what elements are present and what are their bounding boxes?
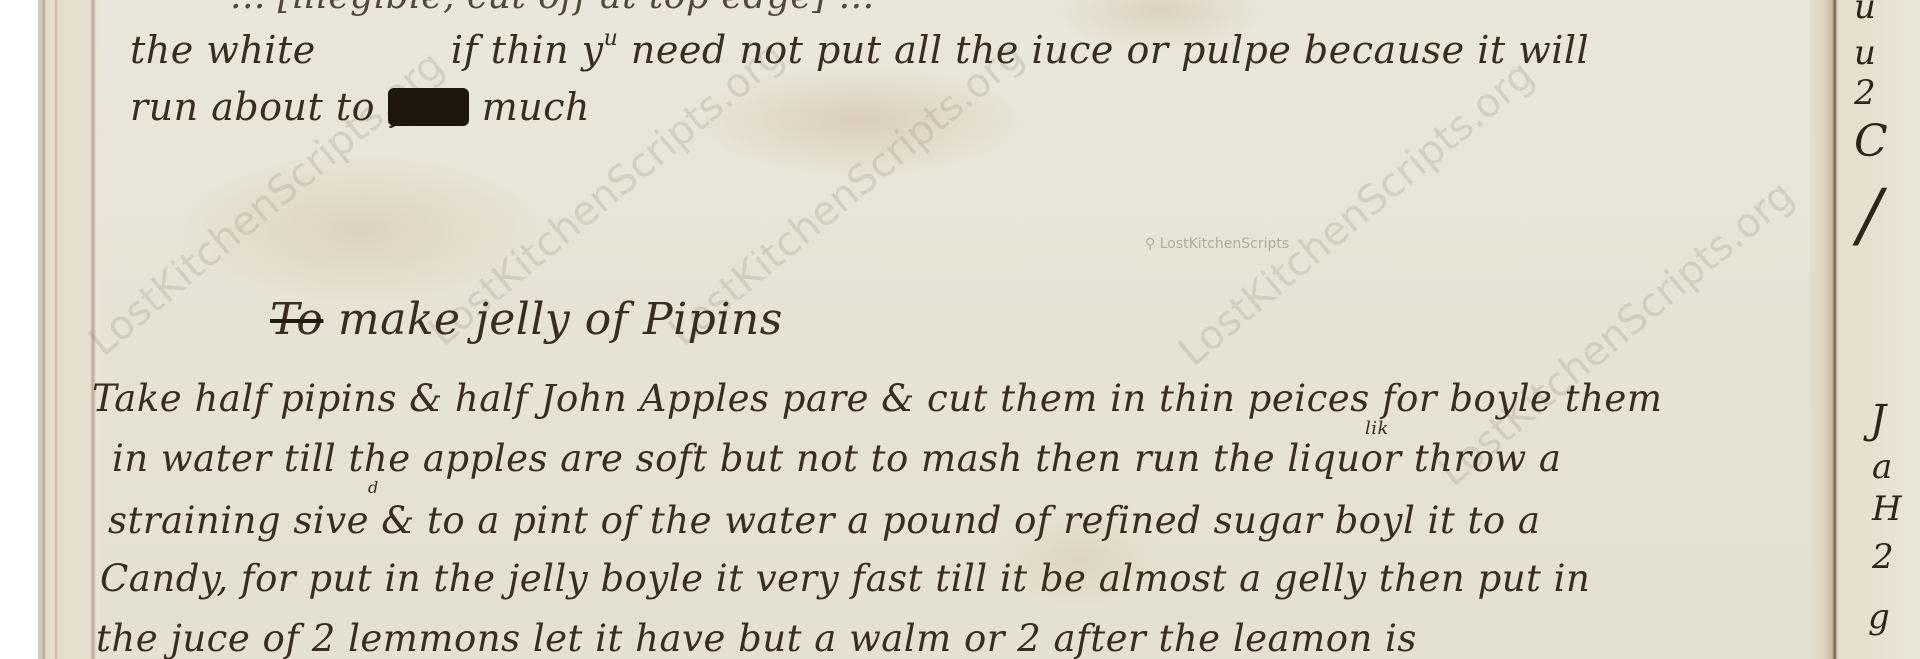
recipe-line-1: Take half pipins & half John Apples pare… xyxy=(92,380,1662,417)
text-fragment: run about to xyxy=(130,85,375,129)
preceding-recipe-line-2: run about to fast much xyxy=(130,88,590,126)
text-fragment: much xyxy=(482,85,590,129)
binding-gutter xyxy=(1810,0,1840,659)
recipe-line-4: Candy, for put in the jelly boyle it ver… xyxy=(100,560,1590,597)
facing-page-mark: u xyxy=(1854,36,1876,70)
facing-page-edge: u u 2 C / J a H 2 g xyxy=(1840,0,1920,659)
superscript: u xyxy=(604,26,619,51)
manuscript-page: LostKitchenScripts.org LostKitchenScript… xyxy=(100,0,1840,659)
facing-page-mark: 2 xyxy=(1854,76,1876,110)
facing-page-mark: a xyxy=(1872,450,1892,484)
preceding-recipe-line-1: the white if thin yu need not put all th… xyxy=(130,28,1589,69)
text-fragment: if thin y xyxy=(451,28,604,72)
struck-title-word: To xyxy=(270,294,323,345)
recipe-line-3: straining sive & to a pint of the water … xyxy=(108,502,1541,539)
stacked-page-edges xyxy=(38,0,108,659)
facing-page-mark: g xyxy=(1868,600,1890,634)
whisk-icon: ⚲ xyxy=(1145,236,1155,252)
facing-page-mark: J xyxy=(1870,400,1886,440)
interlinear-insertion: d xyxy=(368,478,379,497)
recipe-title: To make jelly of Pipins xyxy=(270,294,783,345)
cut-off-line: ... [illegible, cut off at top edge] ... xyxy=(230,0,875,17)
facing-page-mark: / xyxy=(1858,180,1882,250)
text-fragment: need not put all the iuce or pulpe becau… xyxy=(631,28,1589,72)
manuscript-viewer: LostKitchenScripts.org LostKitchenScript… xyxy=(0,0,1920,659)
recipe-title-text: make jelly of Pipins xyxy=(338,294,783,345)
facing-page-mark: 2 xyxy=(1872,540,1894,574)
margin-phrase: the white xyxy=(130,28,316,72)
facing-page-mark: u xyxy=(1854,0,1876,24)
watermark: LostKitchenScripts.org xyxy=(1170,52,1543,375)
struck-word: fast xyxy=(388,88,470,126)
recipe-line-2: in water till the apples are soft but no… xyxy=(112,440,1561,477)
watermark-logo: ⚲ LostKitchenScripts xyxy=(1145,236,1289,252)
interlinear-insertion: lik xyxy=(1365,418,1389,439)
recipe-line-5: the juce of 2 lemmons let it have but a … xyxy=(96,620,1417,657)
facing-page-mark: C xyxy=(1854,120,1888,164)
facing-page-mark: H xyxy=(1872,492,1902,526)
